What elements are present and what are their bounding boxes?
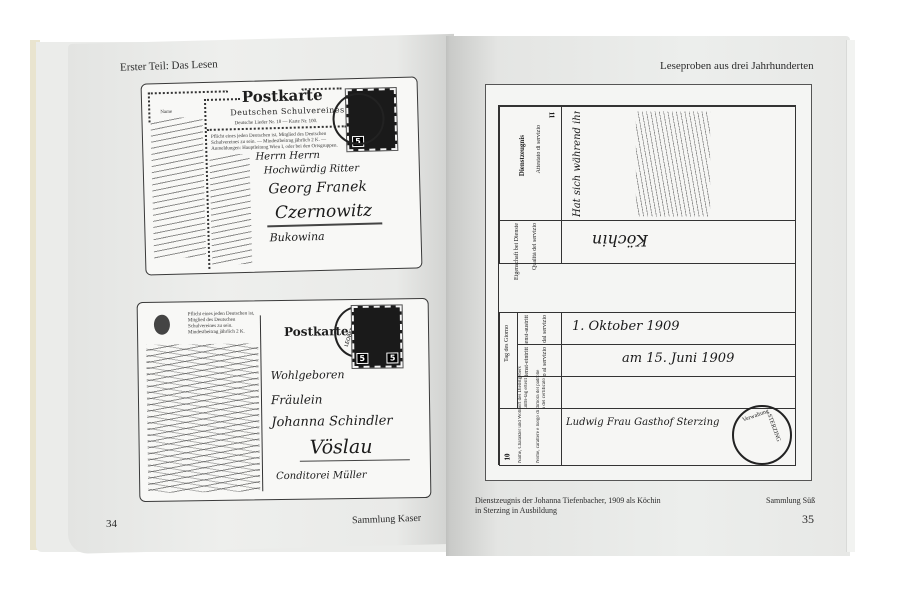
address-line-3: Johanna Schindler (271, 413, 392, 430)
address-line-1: Herrn Herrn (255, 150, 320, 163)
label-it: Nome, carattere e luogo di dimora del pa… (536, 411, 541, 463)
stamp-value-right: 5 (387, 352, 399, 363)
spacer (499, 262, 794, 306)
underline (267, 222, 382, 227)
cell-dienstzeugnis: Hat sich während ihrer Dienstzeit als Kö… (561, 106, 796, 222)
coat-of-arms-emblem (154, 315, 170, 335)
handwriting (636, 112, 710, 217)
notice-text: Pflicht eines jeden Deutschen ist, Mitgl… (188, 311, 256, 336)
form-label: Name (160, 110, 172, 116)
address-line-2: Hochwürdig Ritter (264, 163, 359, 176)
header-end: Dienst-austritt della uscita dal servizi… (517, 312, 563, 346)
notice-text: Pflicht eines jeden Deutschen ist, Mitgl… (211, 131, 351, 153)
border-ornament (204, 98, 240, 101)
underline (300, 459, 410, 462)
postcard-top: Postkarte Deutschen Schulvereines. Deuts… (141, 76, 423, 275)
label-it: Attestato di servizio (536, 125, 542, 173)
postage-stamp: 5 5 (352, 305, 403, 368)
header-quality: Eigenschaft bei Dienste Qualità del serv… (499, 220, 563, 264)
header-employer: 10 Name, Charakter und Wohnort des Diens… (499, 408, 563, 466)
border-ornament (148, 90, 228, 94)
address-line-3: Georg Franek (268, 179, 367, 198)
cell-end-date: 1. Oktober 1909 (561, 312, 796, 346)
caption-line-1: Dienstzeugnis der Johanna Tiefenbacher, … (475, 496, 661, 506)
credit-right: Sammlung Süß (766, 496, 815, 506)
caption-line-2: in Sterzing in Ausbildung (475, 506, 661, 516)
handwritten-message (150, 117, 206, 258)
handwritten-message (209, 154, 252, 265)
seal-town: STERZING (766, 413, 782, 442)
label-de: Dienstzeugnis (518, 135, 526, 176)
handwritten-certificate-text: Hat sich während ihrer Dienstzeit als Kö… (572, 111, 583, 217)
open-book: Erster Teil: Das Lesen 34 Sammlung Kaser… (0, 0, 900, 594)
label-tag: Tag des Giorno (504, 325, 510, 362)
handwritten-employer: Ludwig Frau Gasthof Sterzing (566, 417, 719, 428)
divider-line (260, 315, 263, 491)
cell-employer: Ludwig Frau Gasthof Sterzing STERZING Ve… (561, 408, 796, 466)
address-line-1: Wohlgeboren (271, 368, 345, 382)
handwritten-start-date: am 15. Juni 1909 (622, 351, 734, 366)
address-line-2: Fräulein (271, 392, 323, 407)
address-line-5: Conditorei Müller (276, 470, 367, 482)
stamp-value-left: 5 (356, 353, 368, 364)
postcard-bottom: Pflicht eines jeden Deutschen ist, Mitgl… (137, 298, 432, 502)
figure-caption: Dienstzeugnis der Johanna Tiefenbacher, … (475, 496, 661, 516)
label-de: Name, Charakter und Wohnort des Dienstge… (518, 411, 523, 463)
service-certificate: 11 Dienstzeugnis Attestato di servizio H… (485, 84, 812, 481)
page-number-right: 35 (802, 512, 814, 527)
running-head-right: Leseproben aus drei Jahrhunderten (660, 60, 814, 72)
column-number: 10 (504, 454, 512, 461)
postcard-title: Postkarte (242, 86, 323, 106)
column-number: 11 (547, 112, 555, 119)
header-dienstzeugnis: 11 Dienstzeugnis Attestato di servizio (499, 106, 563, 222)
postcard-subtitle: Deutschen Schulvereines. (230, 105, 348, 117)
certificate-table: 11 Dienstzeugnis Attestato di servizio H… (498, 105, 796, 465)
handwritten-end-date: 1. Oktober 1909 (572, 319, 680, 334)
address-line-4: Czernowitz (275, 201, 373, 224)
crossed-handwriting-overlay (146, 343, 260, 493)
handwritten-quality: Köchin (592, 231, 648, 250)
cell-quality: Köchin (561, 220, 796, 264)
official-seal: STERZING Verwaltung (732, 405, 792, 465)
address-line-5: Bukowina (269, 230, 324, 244)
cell-start-date: am 15. Juni 1909 (561, 344, 796, 378)
border-ornament (207, 125, 347, 131)
page-stack-right (846, 40, 855, 552)
header-tag: Tag des Giorno (499, 312, 519, 410)
page-number-left: 34 (106, 518, 117, 530)
address-line-4: Vöslau (310, 436, 373, 459)
